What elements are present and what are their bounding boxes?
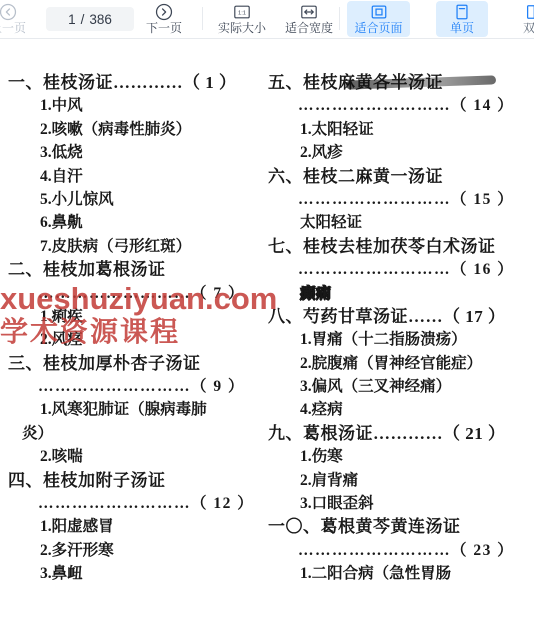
toc-line: 3.鼻衄 (8, 562, 266, 585)
toolbar-divider (339, 7, 340, 30)
toc-line: ………………………（ 23 ） (268, 539, 534, 562)
toolbar: 上一页 1 / 386 下一页 1:1 实际大小 (0, 0, 534, 39)
toc-line: ………………………（ 15 ） (268, 188, 534, 211)
prev-page-label: 上一页 (0, 22, 26, 35)
next-page-label: 下一页 (146, 22, 182, 35)
toc-line: 3.偏风（三叉神经痛） (268, 375, 534, 398)
toc-line: 1.阳虚感冒 (8, 515, 266, 538)
pdf-viewer-window: 上一页 1 / 386 下一页 1:1 实际大小 (0, 0, 534, 621)
fit-page-icon (370, 3, 388, 21)
toc-line: 2.脘腹痛（胃神经官能症） (268, 352, 534, 375)
toc-line: 2.风痉 (8, 328, 266, 351)
prev-page-button[interactable]: 上一页 (0, 1, 32, 37)
toc-line: 2.多汗形寒 (8, 539, 266, 562)
page-indicator[interactable]: 1 / 386 (46, 7, 134, 31)
single-page-label: 单页 (450, 22, 474, 35)
toc-line: 7.皮肤病（弓形红斑） (8, 235, 266, 258)
toc-line: 一〇、葛根黄芩黄连汤证 (268, 515, 534, 538)
toc-column-right: 五、桂枝麻黄各半汤证………………………（ 14 ）1.太阳轻证2.风疹六、桂枝二… (268, 71, 534, 586)
double-page-icon (526, 3, 534, 21)
single-page-icon (453, 3, 471, 21)
toc-line: 四、桂枝加附子汤证 (8, 469, 266, 492)
single-page-button[interactable]: 单页 (436, 1, 488, 37)
svg-text:1:1: 1:1 (238, 10, 246, 16)
double-page-button[interactable]: 双页 (507, 1, 534, 37)
fit-page-label: 适合页面 (354, 22, 402, 35)
toc-line: 一、桂枝汤证…………（ 1 ） (8, 71, 266, 94)
actual-size-label: 实际大小 (218, 22, 266, 35)
toc-line: 2.风疹 (268, 141, 534, 164)
next-page-button[interactable]: 下一页 (136, 1, 192, 37)
toc-line: 八、芍药甘草汤证……（ 17 ） (268, 305, 534, 328)
toc-line: 4.痉病 (268, 398, 534, 421)
toc-line: 3.口眼歪斜 (268, 492, 534, 515)
actual-size-button[interactable]: 1:1 实际大小 (210, 1, 274, 37)
chevron-right-circle-icon (155, 3, 173, 21)
toc-line: 2.肩背痛 (268, 469, 534, 492)
toolbar-divider (202, 7, 203, 30)
fit-width-icon (300, 3, 318, 21)
toc-line: 五、桂枝麻黄各半汤证 (268, 71, 534, 94)
toc-line: 1.胃痛（十二指肠溃疡） (268, 328, 534, 351)
toc-line: 七、桂枝去桂加茯苓白术汤证 (268, 235, 534, 258)
toc-line: 炎） (8, 422, 266, 445)
toc-line: 1.风寒犯肺证（腺病毒肺 (8, 398, 266, 421)
page-current: 1 (68, 12, 76, 27)
page-separator: / (81, 12, 85, 27)
page-total: 386 (89, 12, 112, 27)
fit-width-label: 适合宽度 (285, 22, 333, 35)
toc-line: 3.低烧 (8, 141, 266, 164)
toc-line: ………………………（ 14 ） (268, 94, 534, 117)
toc-line: 2.咳喘 (8, 445, 266, 468)
toc-line: ………………………（ 7 ） (8, 282, 266, 305)
fit-page-button[interactable]: 适合页面 (347, 1, 410, 37)
toc-line: 癫痫 (268, 282, 534, 305)
toc-column-left: 一、桂枝汤证…………（ 1 ）1.中风2.咳嗽（病毒性肺炎）3.低烧4.自汗5.… (8, 71, 266, 586)
actual-size-icon: 1:1 (233, 3, 251, 21)
toc-line: 1.痢疾 (8, 305, 266, 328)
toc-line: ………………………（ 12 ） (8, 492, 266, 515)
double-page-label: 双页 (523, 22, 534, 35)
toc-line: 4.自汗 (8, 165, 266, 188)
toc-line: 2.咳嗽（病毒性肺炎） (8, 118, 266, 141)
chevron-left-circle-icon (0, 3, 17, 21)
toc-line: 太阳轻证 (268, 211, 534, 234)
toc-line: 九、葛根汤证…………（ 21 ） (268, 422, 534, 445)
toc-line: 1.太阳轻证 (268, 118, 534, 141)
toc-line: 六、桂枝二麻黄一汤证 (268, 165, 534, 188)
toc-line: 5.小儿惊风 (8, 188, 266, 211)
toc-line: 1.中风 (8, 94, 266, 117)
toc-line: 三、桂枝加厚朴杏子汤证 (8, 352, 266, 375)
toc-line: 6.鼻鼽 (8, 211, 266, 234)
document-page[interactable]: 一、桂枝汤证…………（ 1 ）1.中风2.咳嗽（病毒性肺炎）3.低烧4.自汗5.… (0, 39, 534, 621)
toc-line: ………………………（ 9 ） (8, 375, 266, 398)
toc-line: 1.二阳合病（急性胃肠 (268, 562, 534, 585)
fit-width-button[interactable]: 适合宽度 (277, 1, 341, 37)
toc-line: 1.伤寒 (268, 445, 534, 468)
toc-line: ………………………（ 16 ） (268, 258, 534, 281)
toc-line: 二、桂枝加葛根汤证 (8, 258, 266, 281)
